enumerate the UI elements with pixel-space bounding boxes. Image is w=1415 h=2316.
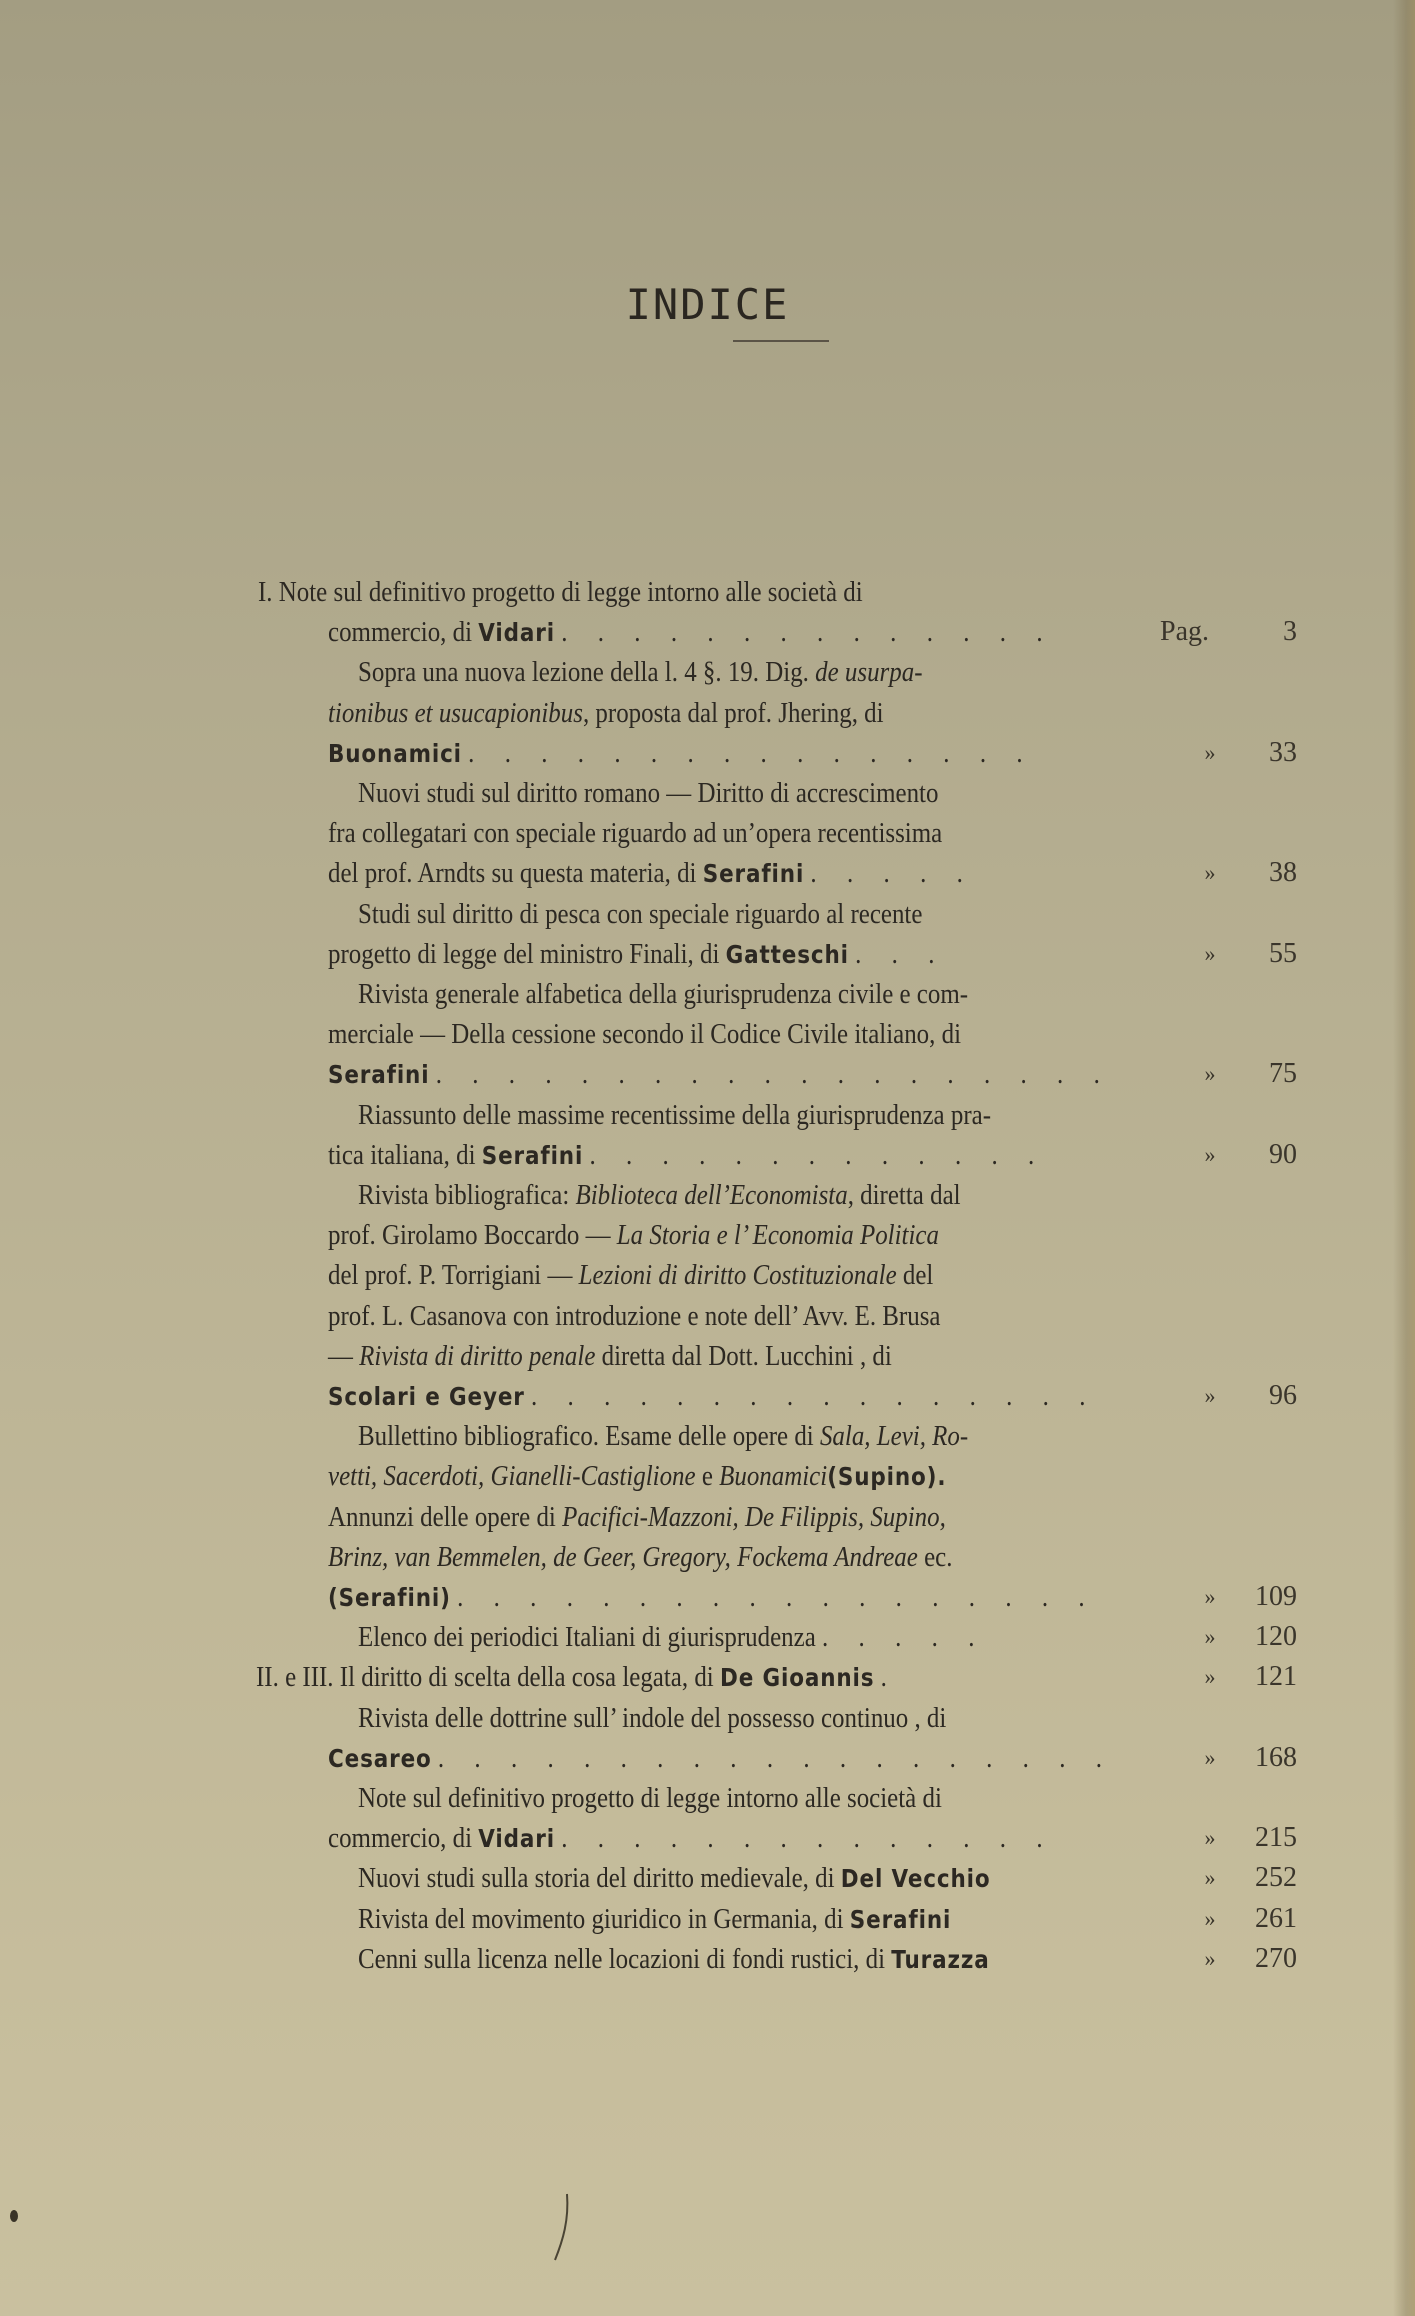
toc-line: Studi sul diritto di pesca con speciale … xyxy=(358,894,922,934)
ditto-mark: » xyxy=(1200,1738,1220,1778)
page-reference: »215 xyxy=(0,1818,1415,1858)
ditto-mark: » xyxy=(1200,1818,1220,1858)
toc-line: Rivista bibliografica: Biblioteca dell’E… xyxy=(358,1175,961,1215)
entry-text: diretta dal Dott. Lucchini , di xyxy=(595,1340,891,1372)
ditto-mark: » xyxy=(1200,1054,1220,1094)
italic-title: Pacifici-Mazzoni, De Filippis, Supino, xyxy=(562,1501,946,1533)
entry-text: Bullettino bibliografico. Esame delle op… xyxy=(358,1420,820,1452)
page-number: 168 xyxy=(1235,1738,1297,1778)
toc-line: prof. L. Casanova con introduzione e not… xyxy=(328,1296,940,1336)
pencil-mark-icon xyxy=(545,2190,575,2270)
page-number: 55 xyxy=(1235,934,1297,974)
ditto-mark: » xyxy=(1200,934,1220,974)
toc-line: tionibus et usucapionibus, proposta dal … xyxy=(328,693,884,733)
entry-text: Rivista delle dottrine sull’ indole del … xyxy=(358,1702,946,1734)
entry-text: merciale — Della cessione secondo il Cod… xyxy=(328,1018,961,1050)
entry-text: , diretta dal xyxy=(848,1179,961,1211)
page-number: 90 xyxy=(1235,1135,1297,1175)
page-title: INDICE xyxy=(0,280,1415,329)
page-number: 3 xyxy=(1235,612,1297,652)
ditto-mark: » xyxy=(1200,1939,1220,1979)
entry-text: del xyxy=(897,1259,934,1291)
entry-text: e xyxy=(696,1460,720,1492)
page-number: 38 xyxy=(1235,853,1297,893)
toc-line: Sopra una nuova lezione della l. 4 §. 19… xyxy=(358,652,923,692)
entry-text: prof. L. Casanova con introduzione e not… xyxy=(328,1300,940,1332)
italic-title: La Storia e l’ Economia Politica xyxy=(617,1219,939,1251)
ditto-mark: » xyxy=(1200,853,1220,893)
toc-line: Riassunto delle massime recentissime del… xyxy=(358,1095,991,1135)
ditto-mark: » xyxy=(1200,733,1220,773)
toc-line: — Rivista di diritto penale diretta dal … xyxy=(328,1336,892,1376)
toc-line: del prof. P. Torrigiani — Lezioni di dir… xyxy=(328,1255,933,1295)
entry-text: — xyxy=(328,1340,359,1372)
page-reference: »121 xyxy=(0,1657,1415,1697)
entry-text: Riassunto delle massime recentissime del… xyxy=(358,1099,991,1131)
entry-text: ec. xyxy=(918,1541,953,1573)
italic-title: Brinz, van Bemmelen, de Geer, Gregory, F… xyxy=(328,1541,918,1573)
toc-line: Note sul definitivo progetto di legge in… xyxy=(358,1778,942,1818)
page-reference: »33 xyxy=(0,733,1415,773)
toc-line: Nuovi studi sul diritto romano — Diritto… xyxy=(358,773,938,813)
toc-line: Annunzi delle opere di Pacifici-Mazzoni,… xyxy=(328,1497,946,1537)
page-reference: »168 xyxy=(0,1738,1415,1778)
page-reference: »90 xyxy=(0,1135,1415,1175)
entry-text: del prof. P. Torrigiani — xyxy=(328,1259,579,1291)
page-number: 75 xyxy=(1235,1054,1297,1094)
page-label: Pag. xyxy=(1160,612,1209,652)
toc-line: Bullettino bibliografico. Esame delle op… xyxy=(358,1416,968,1456)
entry-text: fra collegatari con speciale riguardo ad… xyxy=(328,817,942,849)
entry-text: Sopra una nuova lezione della l. 4 §. 19… xyxy=(358,656,815,688)
entry-text: Nuovi studi sul diritto romano — Diritto… xyxy=(358,777,938,809)
toc-line: Rivista generale alfabetica della giuris… xyxy=(358,974,968,1014)
page-reference: Pag.3 xyxy=(0,612,1415,652)
page-number: 261 xyxy=(1235,1899,1297,1939)
page-reference: »109 xyxy=(0,1577,1415,1617)
page-number: 33 xyxy=(1235,733,1297,773)
toc-line: Brinz, van Bemmelen, de Geer, Gregory, F… xyxy=(328,1537,952,1577)
page-number: 96 xyxy=(1235,1376,1297,1416)
page-number: 252 xyxy=(1235,1858,1297,1898)
entry-text: Annunzi delle opere di xyxy=(328,1501,562,1533)
page-reference: »75 xyxy=(0,1054,1415,1094)
entry-text: Rivista bibliografica: xyxy=(358,1179,575,1211)
entry-text: Note sul definitivo progetto di legge in… xyxy=(358,1782,942,1814)
toc-line: fra collegatari con speciale riguardo ad… xyxy=(328,813,942,853)
italic-title: de usurpa- xyxy=(815,656,922,688)
ditto-mark: » xyxy=(1200,1577,1220,1617)
page-number: 120 xyxy=(1235,1617,1297,1657)
italic-title: tionibus et usucapionibus xyxy=(328,697,583,729)
ink-spot xyxy=(10,2210,18,2222)
page-reference: »252 xyxy=(0,1858,1415,1898)
author-name: (Supino). xyxy=(827,1462,946,1491)
italic-title: Sala, Levi, Ro- xyxy=(820,1420,968,1452)
ditto-mark: » xyxy=(1200,1376,1220,1416)
italic-title: Lezioni di diritto Costituzionale xyxy=(579,1259,897,1291)
page-reference: »261 xyxy=(0,1899,1415,1939)
page-number: 109 xyxy=(1235,1577,1297,1617)
entry-text: Studi sul diritto di pesca con speciale … xyxy=(358,898,922,930)
title-divider xyxy=(733,340,829,342)
ditto-mark: » xyxy=(1200,1858,1220,1898)
page-reference: »270 xyxy=(0,1939,1415,1979)
entry-text: Rivista generale alfabetica della giuris… xyxy=(358,978,968,1010)
toc-line: I. Note sul definitivo progetto di legge… xyxy=(258,572,863,612)
toc-line: vetti, Sacerdoti, Gianelli-Castiglione e… xyxy=(328,1456,946,1496)
italic-title: Rivista di diritto penale xyxy=(359,1340,595,1372)
entry-text: I. Note sul definitivo progetto di legge… xyxy=(258,576,863,608)
page-number: 215 xyxy=(1235,1818,1297,1858)
page-number: 270 xyxy=(1235,1939,1297,1979)
toc-line: prof. Girolamo Boccardo — La Storia e l’… xyxy=(328,1215,939,1255)
entry-text: prof. Girolamo Boccardo — xyxy=(328,1219,617,1251)
ditto-mark: » xyxy=(1200,1135,1220,1175)
ditto-mark: » xyxy=(1200,1617,1220,1657)
italic-title: vetti, Sacerdoti, Gianelli-Castiglione xyxy=(328,1460,696,1492)
page-reference: »55 xyxy=(0,934,1415,974)
toc-line: merciale — Della cessione secondo il Cod… xyxy=(328,1014,961,1054)
entry-text: , proposta dal prof. Jhering, di xyxy=(583,697,884,729)
toc-line: Rivista delle dottrine sull’ indole del … xyxy=(358,1698,946,1738)
italic-title: Buonamici xyxy=(719,1460,827,1492)
page-number: 121 xyxy=(1235,1657,1297,1697)
page-reference: »38 xyxy=(0,853,1415,893)
ditto-mark: » xyxy=(1200,1899,1220,1939)
page-reference: »96 xyxy=(0,1376,1415,1416)
ditto-mark: » xyxy=(1200,1657,1220,1697)
page-reference: »120 xyxy=(0,1617,1415,1657)
italic-title: Biblioteca dell’Economista xyxy=(575,1179,847,1211)
